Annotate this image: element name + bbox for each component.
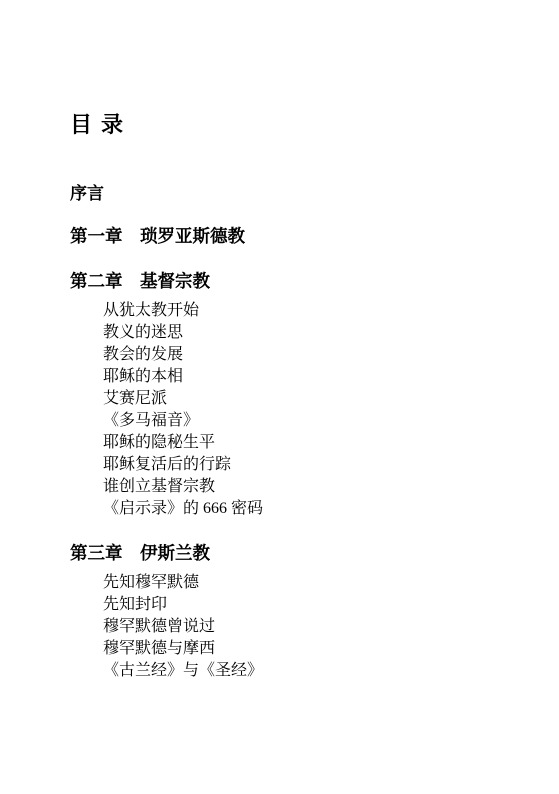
page-title: 目录 (70, 0, 499, 138)
toc-item: 从犹太教开始 (103, 300, 499, 322)
toc-item: 穆罕默德与摩西 (103, 638, 499, 660)
chapter-3-item-list: 先知穆罕默德 先知封印 穆罕默德曾说过 穆罕默德与摩西 《古兰经》与《圣经》 (70, 572, 499, 682)
toc-item: 先知封印 (103, 594, 499, 616)
chapter-2-heading: 第二章 基督宗教 (70, 271, 499, 291)
toc-item: 教义的迷思 (103, 322, 499, 344)
toc-item: 艾赛尼派 (103, 388, 499, 410)
toc-item: 耶稣的本相 (103, 366, 499, 388)
toc-item: 谁创立基督宗教 (103, 476, 499, 498)
toc-item: 《启示录》的 666 密码 (103, 498, 499, 520)
chapter-3-heading: 第三章 伊斯兰教 (70, 543, 499, 563)
toc-item: 耶稣的隐秘生平 (103, 432, 499, 454)
toc-item: 《多马福音》 (103, 410, 499, 432)
toc-item: 《古兰经》与《圣经》 (103, 660, 499, 682)
toc-item: 先知穆罕默德 (103, 572, 499, 594)
chapter-2-item-list: 从犹太教开始 教义的迷思 教会的发展 耶稣的本相 艾赛尼派 《多马福音》 耶稣的… (70, 300, 499, 520)
chapter-1-heading: 第一章 琐罗亚斯德教 (70, 226, 499, 246)
toc-item: 耶稣复活后的行踪 (103, 454, 499, 476)
toc-item: 穆罕默德曾说过 (103, 616, 499, 638)
preface-heading: 序言 (70, 184, 499, 204)
toc-item: 教会的发展 (103, 344, 499, 366)
toc-page: 目录 序言 第一章 琐罗亚斯德教 第二章 基督宗教 从犹太教开始 教义的迷思 教… (0, 0, 559, 794)
